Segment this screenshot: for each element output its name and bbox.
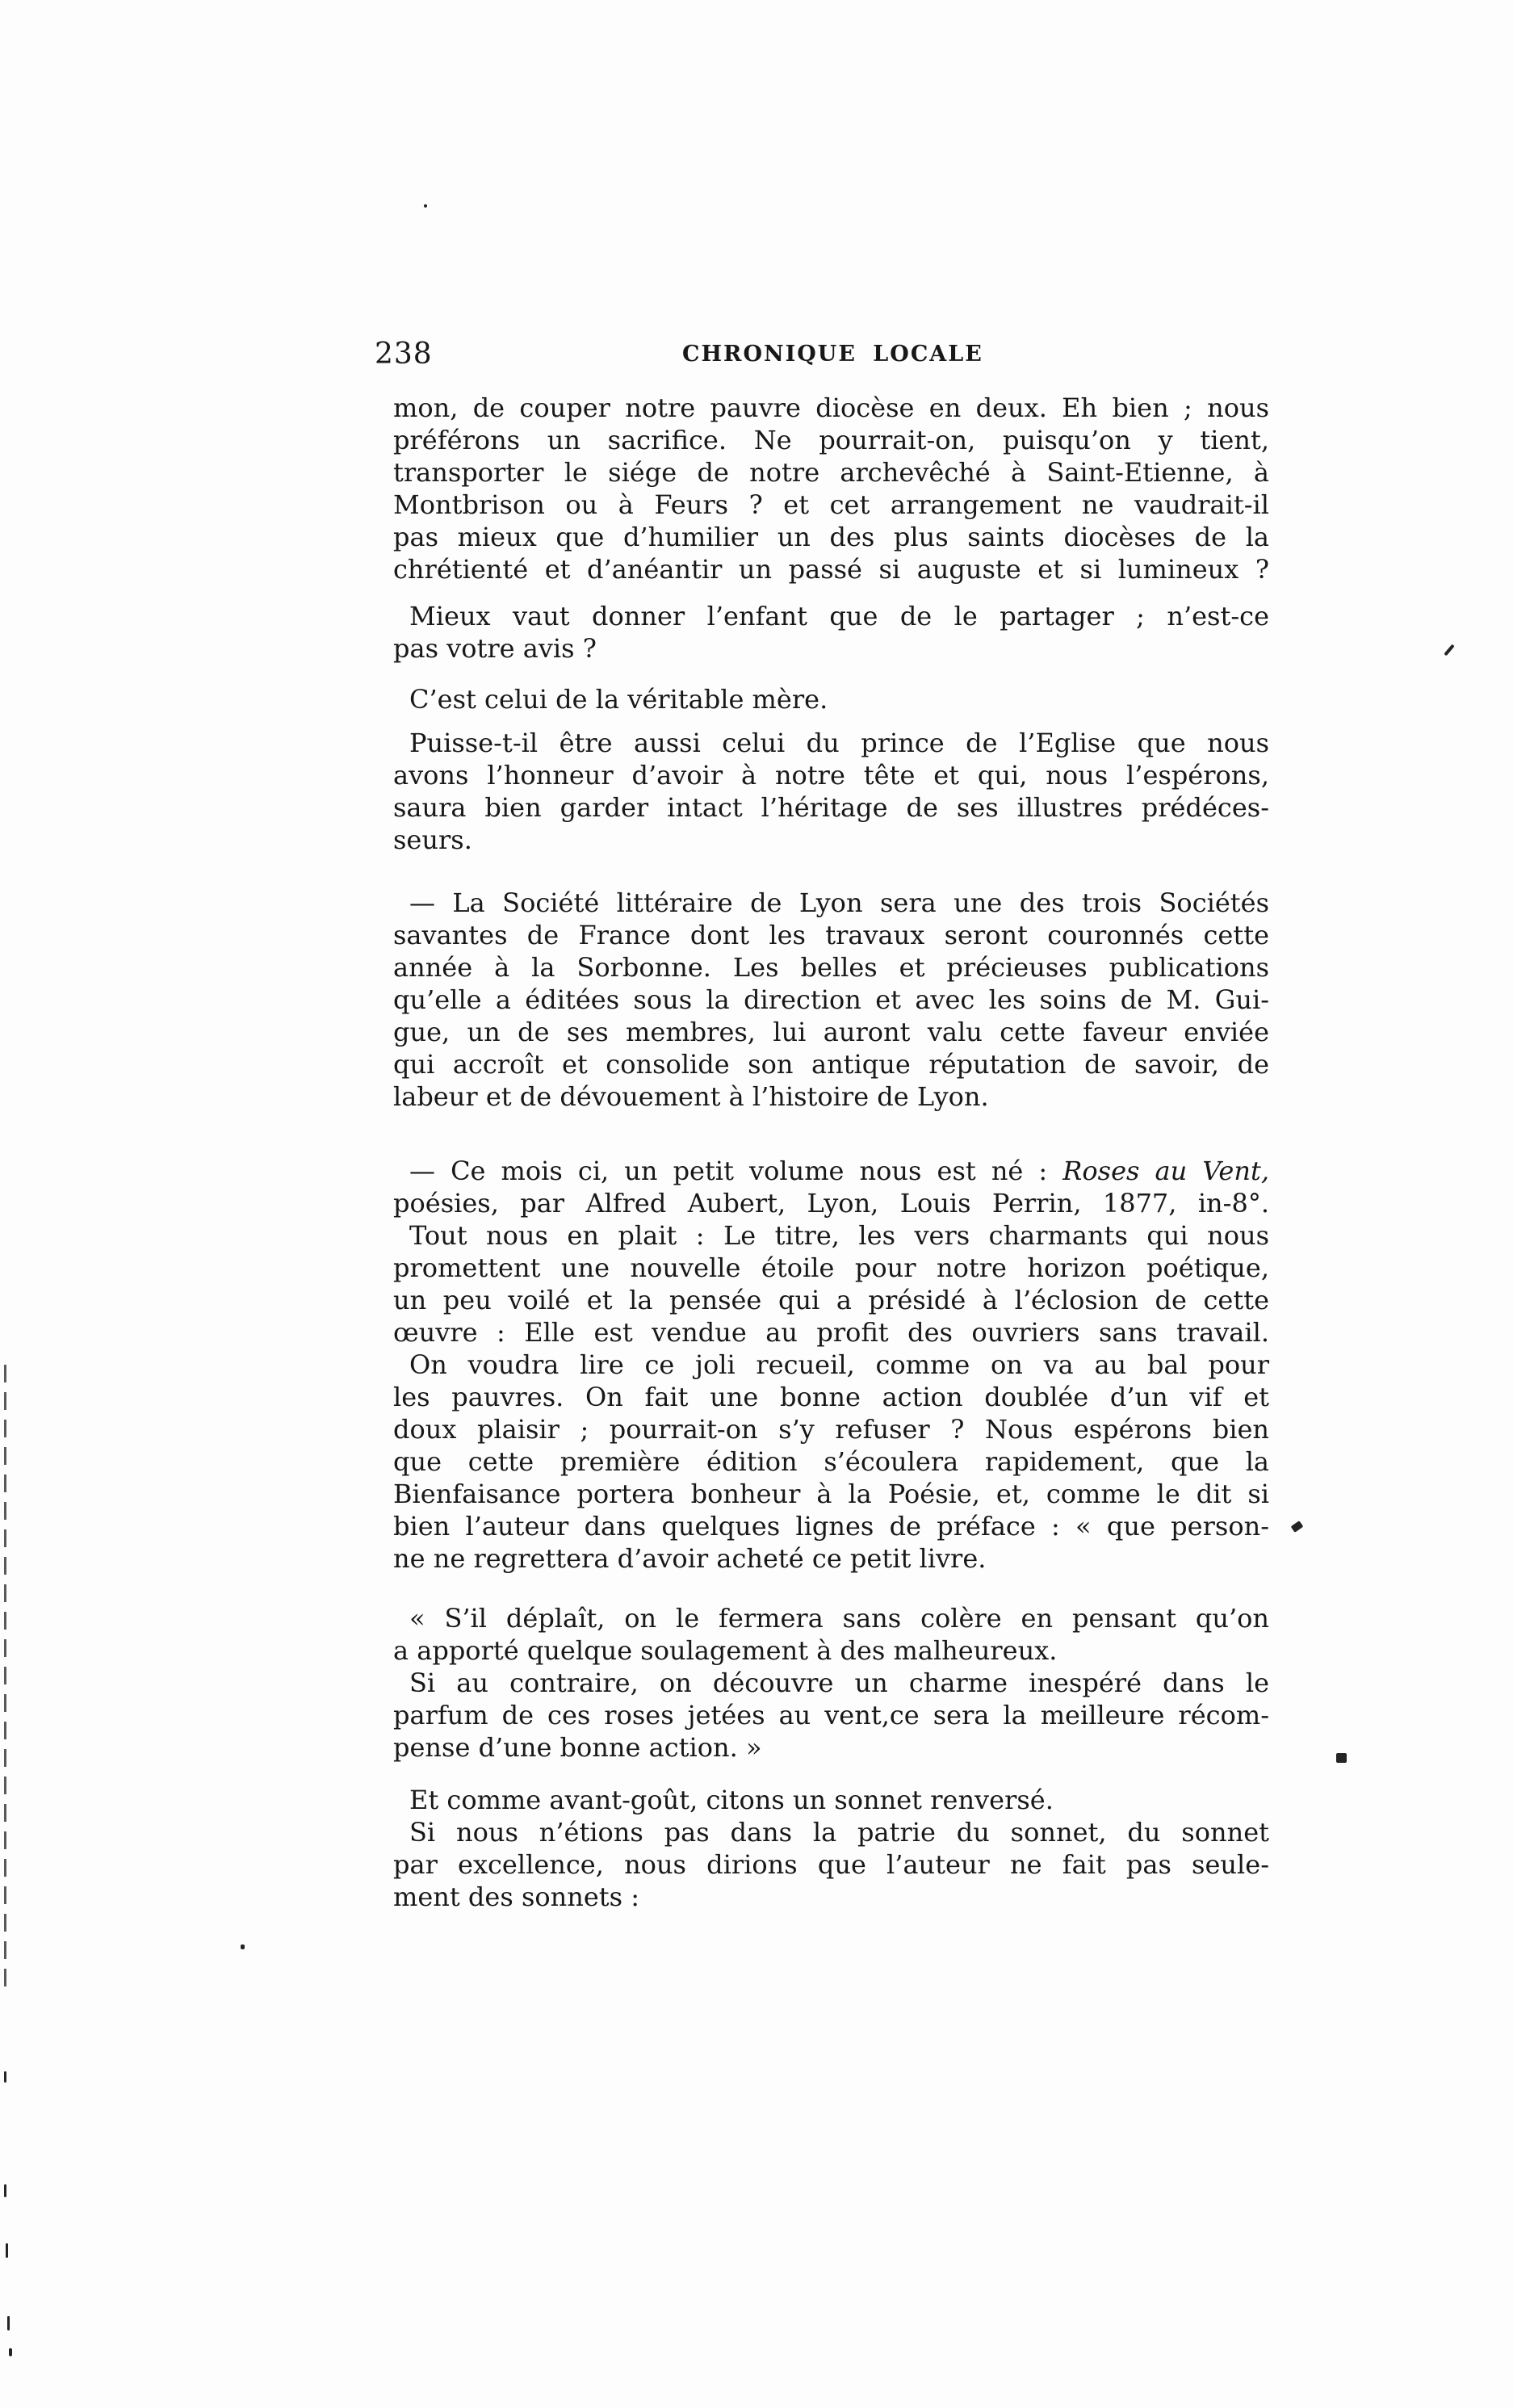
book-title-italic: Roses au Vent,: [1062, 1156, 1269, 1186]
text-line: un peu voilé et la pensée qui a présidé …: [393, 1284, 1269, 1316]
text-line: mon, de couper notre pauvre diocèse en d…: [393, 392, 1269, 424]
text-line: préférons un sacrifice. Ne pourrait-on, …: [393, 424, 1269, 456]
text-segment: Bienfaisance portera bonheur à la Poésie…: [393, 1479, 1269, 1509]
text-segment: C’est celui de la véritable mère.: [409, 684, 828, 715]
paragraph: — Ce mois ci, un petit volume nous est n…: [393, 1155, 1269, 1219]
scan-speck: [4, 2184, 6, 2197]
text-line: pas mieux que d’humilier un des plus sai…: [393, 521, 1269, 553]
text-segment: Puisse-t-il être aussi celui du prince d…: [409, 728, 1269, 758]
text-segment: œuvre : Elle est vendue au profit des ou…: [393, 1317, 1269, 1348]
scan-speck: [6, 2243, 8, 2258]
text-segment: poésies, par Alfred Aubert, Lyon, Louis …: [393, 1188, 1269, 1219]
text-line: — La Société littéraire de Lyon sera une…: [393, 887, 1269, 919]
text-segment: promettent une nouvelle étoile pour notr…: [393, 1252, 1269, 1283]
text-segment: un peu voilé et la pensée qui a présidé …: [393, 1285, 1269, 1315]
running-title: CHRONIQUE LOCALE: [682, 342, 983, 367]
text-segment: parfum de ces roses jetées au vent,ce se…: [393, 1700, 1269, 1730]
text-line: gue, un de ses membres, lui auront valu …: [393, 1016, 1269, 1048]
text-segment: avons l’honneur d’avoir à notre tête et …: [393, 760, 1269, 791]
text-segment: Montbrison ou à Feurs ? et cet arrangeme…: [393, 489, 1269, 520]
scanned-book-page: 238 CHRONIQUE LOCALE mon, de couper notr…: [0, 0, 1513, 2408]
text-line: année à la Sorbonne. Les belles et préci…: [393, 951, 1269, 984]
paragraph: On voudra lire ce joli recueil, comme on…: [393, 1349, 1269, 1575]
text-segment: que cette première édition s’écoulera ra…: [393, 1446, 1269, 1477]
text-segment: ne ne regrettera d’avoir acheté ce petit…: [393, 1543, 986, 1574]
scan-speck: [9, 2348, 12, 2356]
text-line: C’est celui de la véritable mère.: [393, 683, 1269, 715]
scan-speck: [424, 204, 427, 208]
text-line: chrétienté et d’anéantir un passé si aug…: [393, 553, 1269, 585]
text-line: Si au contraire, on découvre un charme i…: [393, 1667, 1269, 1699]
text-line: Bienfaisance portera bonheur à la Poésie…: [393, 1478, 1269, 1510]
text-segment: a apporté quelque soulagement à des malh…: [393, 1635, 1057, 1666]
text-segment: seurs.: [393, 824, 472, 855]
text-line: — Ce mois ci, un petit volume nous est n…: [393, 1155, 1269, 1187]
paragraph: Si nous n’étions pas dans la patrie du s…: [393, 1816, 1269, 1913]
text-segment: savantes de France dont les travaux sero…: [393, 920, 1269, 950]
text-line: saura bien garder intact l’héritage de s…: [393, 791, 1269, 824]
text-line: Mieux vaut donner l’enfant que de le par…: [393, 600, 1269, 632]
text-line: Puisse-t-il être aussi celui du prince d…: [393, 727, 1269, 759]
paragraph: Puisse-t-il être aussi celui du prince d…: [393, 727, 1269, 856]
text-segment: bien l’auteur dans quelques lignes de pr…: [393, 1511, 1269, 1542]
text-segment: année à la Sorbonne. Les belles et préci…: [393, 952, 1269, 983]
text-line: œuvre : Elle est vendue au profit des ou…: [393, 1316, 1269, 1349]
text-line: transporter le siége de notre archevêché…: [393, 456, 1269, 489]
text-line: savantes de France dont les travaux sero…: [393, 919, 1269, 951]
paragraph: Si au contraire, on découvre un charme i…: [393, 1667, 1269, 1764]
text-segment: On voudra lire ce joli recueil, comme on…: [409, 1349, 1269, 1380]
text-line: Et comme avant-goût, citons un sonnet re…: [393, 1784, 1269, 1816]
text-line: avons l’honneur d’avoir à notre tête et …: [393, 759, 1269, 791]
scan-speck: [1336, 1753, 1347, 1763]
text-line: promettent une nouvelle étoile pour notr…: [393, 1252, 1269, 1284]
text-segment: chrétienté et d’anéantir un passé si aug…: [393, 554, 1269, 585]
text-segment: pas votre avis ?: [393, 633, 597, 664]
text-line: labeur et de dévouement à l’histoire de …: [393, 1080, 1269, 1113]
text-line: On voudra lire ce joli recueil, comme on…: [393, 1349, 1269, 1381]
text-line: ne ne regrettera d’avoir acheté ce petit…: [393, 1542, 1269, 1575]
text-line: bien l’auteur dans quelques lignes de pr…: [393, 1510, 1269, 1542]
text-segment: pas mieux que d’humilier un des plus sai…: [393, 522, 1269, 552]
text-line: doux plaisir ; pourrait-on s’y refuser ?…: [393, 1413, 1269, 1445]
paragraph: C’est celui de la véritable mère.: [393, 683, 1269, 715]
text-segment: qui accroît et consolide son antique rép…: [393, 1049, 1269, 1080]
text-segment: doux plaisir ; pourrait-on s’y refuser ?…: [393, 1414, 1269, 1445]
text-segment: Et comme avant-goût, citons un sonnet re…: [409, 1785, 1054, 1815]
text-segment: mon, de couper notre pauvre diocèse en d…: [393, 392, 1269, 423]
text-segment: gue, un de ses membres, lui auront valu …: [393, 1017, 1269, 1047]
text-segment: — Ce mois ci, un petit volume nous est n…: [409, 1156, 1062, 1186]
paragraph: — La Société littéraire de Lyon sera une…: [393, 887, 1269, 1113]
text-segment: les pauvres. On fait une bonne action do…: [393, 1382, 1269, 1412]
text-line: parfum de ces roses jetées au vent,ce se…: [393, 1699, 1269, 1731]
scan-speck: [1291, 1521, 1304, 1533]
text-line: a apporté quelque soulagement à des malh…: [393, 1634, 1269, 1667]
scan-speck: [7, 2316, 10, 2330]
text-line: qui accroît et consolide son antique rép…: [393, 1048, 1269, 1080]
text-segment: « S’il déplaît, on le fermera sans colèr…: [409, 1603, 1269, 1634]
text-segment: Mieux vaut donner l’enfant que de le par…: [409, 601, 1269, 631]
scan-speck: [1444, 644, 1454, 657]
text-line: pas votre avis ?: [393, 632, 1269, 665]
text-segment: par excellence, nous dirions que l’auteu…: [393, 1849, 1269, 1880]
text-line: les pauvres. On fait une bonne action do…: [393, 1381, 1269, 1413]
text-line: poésies, par Alfred Aubert, Lyon, Louis …: [393, 1187, 1269, 1219]
text-line: pense d’une bonne action. »: [393, 1731, 1269, 1764]
text-segment: Si au contraire, on découvre un charme i…: [409, 1668, 1269, 1698]
text-line: Si nous n’étions pas dans la patrie du s…: [393, 1816, 1269, 1848]
text-line: que cette première édition s’écoulera ra…: [393, 1445, 1269, 1478]
paragraph: Et comme avant-goût, citons un sonnet re…: [393, 1784, 1269, 1816]
page-text: mon, de couper notre pauvre diocèse en d…: [393, 392, 1269, 1913]
text-segment: labeur et de dévouement à l’histoire de …: [393, 1081, 989, 1112]
text-segment: transporter le siége de notre archevêché…: [393, 457, 1269, 488]
page-number: 238: [375, 338, 433, 371]
text-segment: préférons un sacrifice. Ne pourrait-on, …: [393, 425, 1269, 455]
text-line: par excellence, nous dirions que l’auteu…: [393, 1848, 1269, 1881]
text-segment: Si nous n’étions pas dans la patrie du s…: [409, 1817, 1269, 1848]
text-line: « S’il déplaît, on le fermera sans colèr…: [393, 1602, 1269, 1634]
text-line: Tout nous en plait : Le titre, les vers …: [393, 1219, 1269, 1252]
text-segment: pense d’une bonne action. »: [393, 1732, 762, 1763]
text-segment: qu’elle a éditées sous la direction et a…: [393, 984, 1269, 1015]
scan-speck: [4, 2071, 6, 2083]
text-line: qu’elle a éditées sous la direction et a…: [393, 984, 1269, 1016]
paragraph: Tout nous en plait : Le titre, les vers …: [393, 1219, 1269, 1349]
paragraph: « S’il déplaît, on le fermera sans colèr…: [393, 1602, 1269, 1667]
scan-margin-rule: [4, 1365, 6, 1988]
scan-speck: [241, 1944, 245, 1949]
text-segment: ment des sonnets :: [393, 1882, 639, 1912]
text-segment: — La Société littéraire de Lyon sera une…: [409, 887, 1269, 918]
text-segment: Tout nous en plait : Le titre, les vers …: [409, 1220, 1269, 1251]
text-line: seurs.: [393, 824, 1269, 856]
paragraph: Mieux vaut donner l’enfant que de le par…: [393, 600, 1269, 665]
text-segment: saura bien garder intact l’héritage de s…: [393, 792, 1269, 823]
paragraph: mon, de couper notre pauvre diocèse en d…: [393, 392, 1269, 585]
text-line: Montbrison ou à Feurs ? et cet arrangeme…: [393, 489, 1269, 521]
text-line: ment des sonnets :: [393, 1881, 1269, 1913]
